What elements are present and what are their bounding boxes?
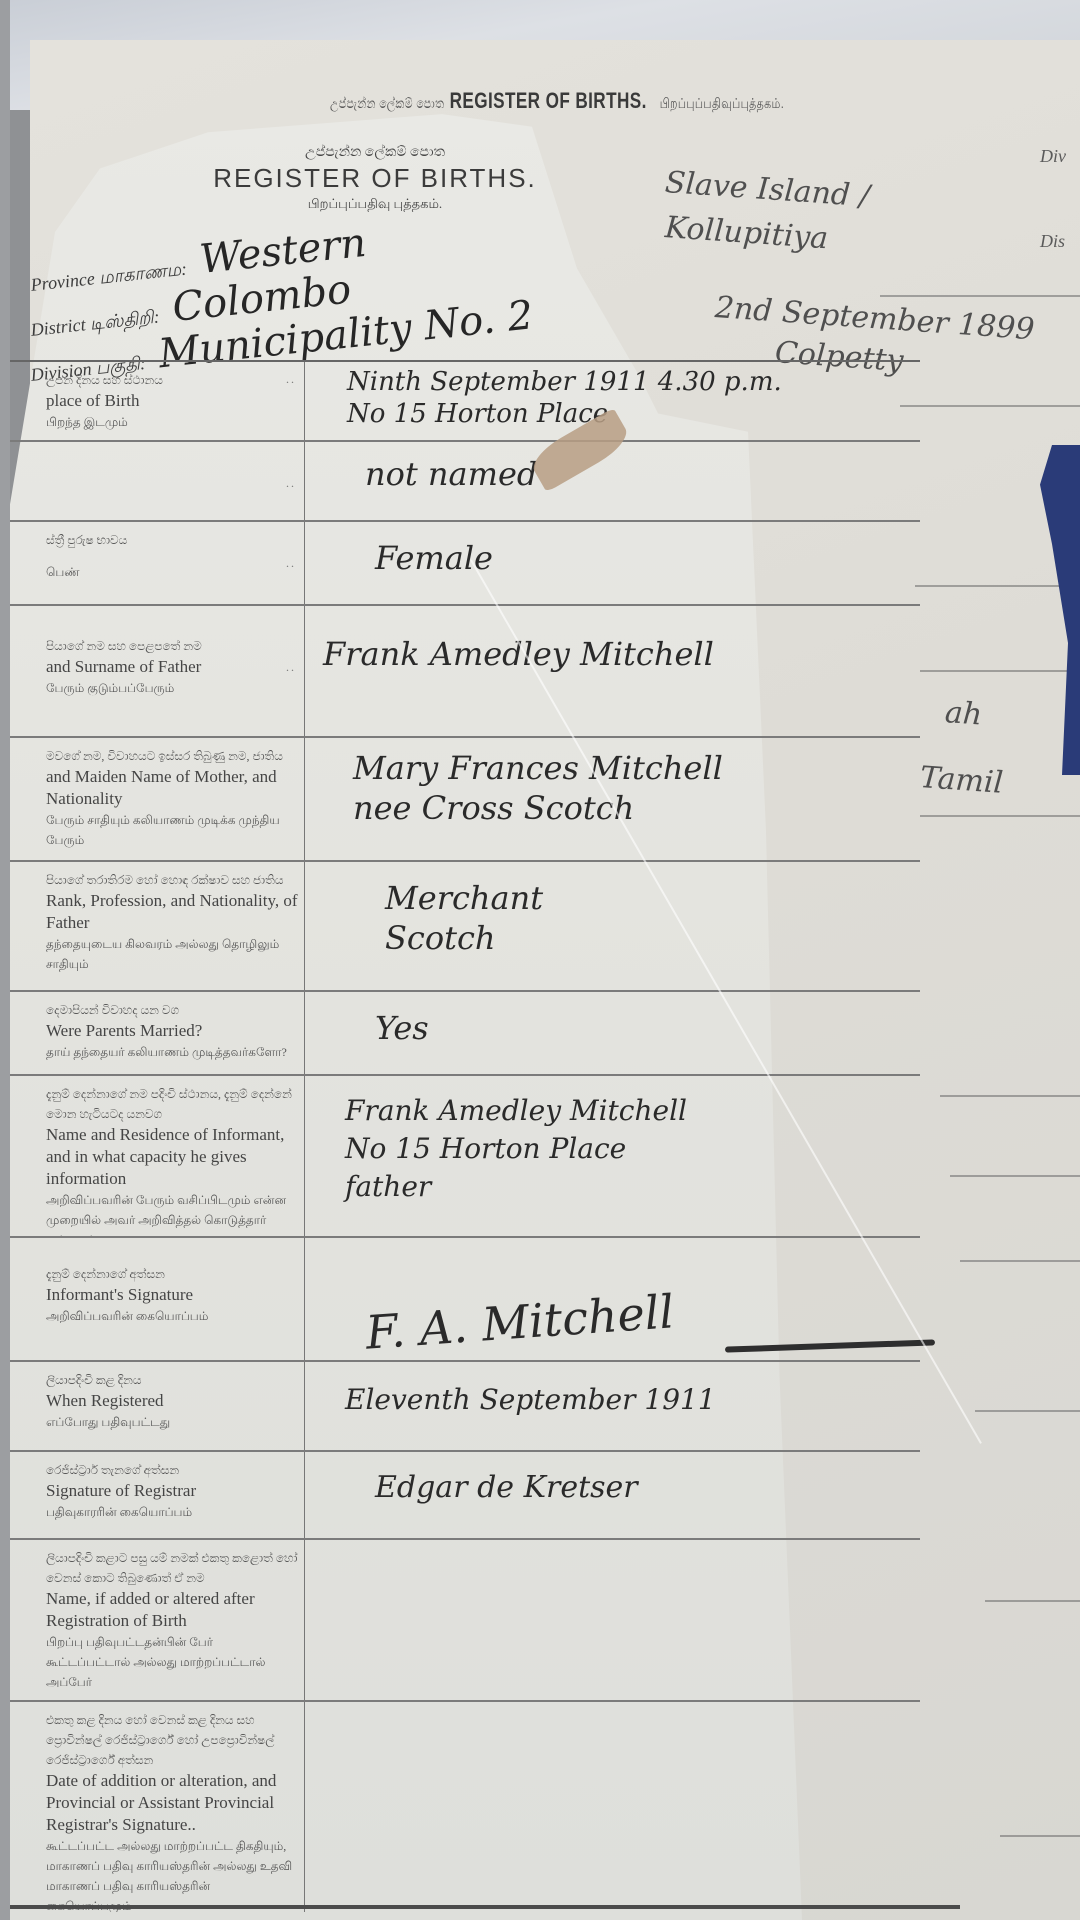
value-name: not named xyxy=(305,442,920,520)
background-handwriting-6: Tamil xyxy=(919,760,1004,801)
field-alteration-date-signature: එකතු කළ දිනය හෝ වෙනස් කළ දිනය සහ ප්‍රොවි… xyxy=(10,1702,920,1912)
signature-flourish xyxy=(725,1339,935,1352)
field-mother-name: මවගේ නම, විවාහයට ඉස්සර තිබුණු නම, ජාතිය … xyxy=(10,738,920,862)
bottom-rule xyxy=(10,1905,960,1909)
background-side-label-1: Div xyxy=(1040,145,1066,167)
value-alteration-date-signature xyxy=(305,1702,920,1912)
value-parents-married: Yes xyxy=(305,992,920,1074)
value-informant: Frank Amedley Mitchell No 15 Horton Plac… xyxy=(305,1076,920,1236)
value-father-profession: Merchant Scotch xyxy=(305,862,920,990)
background-page-header: උප්පැන්න ලේකම් පොත REGISTER OF BIRTHS. ப… xyxy=(330,88,784,114)
field-parents-married: දෙමාපියන් විවාහද යන වග Were Parents Marr… xyxy=(10,992,920,1076)
title-sinhala: උප්පැන්න ලේකම් පොත xyxy=(160,145,590,161)
value-father-name: Frank Amedley Mitchell xyxy=(305,606,920,736)
edge-shadow xyxy=(0,0,10,1920)
form-title: උප්පැන්න ලේකම් පොත REGISTER OF BIRTHS. ப… xyxy=(160,145,590,213)
field-father-profession: පියාගේ තරාතිරම හෝ හොඳ රක්ෂාව සහ ජාතිය Ra… xyxy=(10,862,920,992)
value-registrar-signature: Edgar de Kretser xyxy=(305,1452,920,1538)
value-sex: Female xyxy=(305,522,920,604)
field-registrar-signature: රෙජිස්ට්‍රාර් තැනගේ අත්සන Signature of R… xyxy=(10,1452,920,1540)
register-fields: උපන් දිනය සහ ස්ථානය place of Birth பிறந்… xyxy=(10,360,920,1912)
title-english: REGISTER OF BIRTHS. xyxy=(160,163,590,194)
value-name-added-altered xyxy=(305,1540,920,1700)
title-tamil: பிறப்புப்பதிவு புத்தகம். xyxy=(160,196,590,213)
field-name-added-altered: ලියාපදිංචි කළාට පසු යම් නමක් එකතු කළොත් … xyxy=(10,1540,920,1702)
value-informant-signature: F. A. Mitchell xyxy=(305,1238,920,1360)
field-when-registered: ලියාපදිංචි කළ දිනය When Registered எப்போ… xyxy=(10,1362,920,1452)
field-father-name: පියාගේ නම සහ පෙළපතේ නම and Surname of Fa… xyxy=(10,606,920,738)
value-when-registered: Eleventh September 1911 xyxy=(305,1362,920,1450)
field-date-place-of-birth: උපන් දිනය සහ ස්ථානය place of Birth பிறந்… xyxy=(10,360,920,442)
background-side-label-2: Dis xyxy=(1040,230,1065,252)
field-sex: ස්ත්‍රී පුරුෂ භාවය பெண் .. Female xyxy=(10,522,920,606)
field-informant-signature: දැනුම් දෙන්නාගේ අත්සන Informant's Signat… xyxy=(10,1238,920,1362)
field-name: .. not named xyxy=(10,442,920,522)
background-handwriting-5: ah xyxy=(944,695,984,733)
value-mother-name: Mary Frances Mitchell nee Cross Scotch xyxy=(305,738,920,860)
